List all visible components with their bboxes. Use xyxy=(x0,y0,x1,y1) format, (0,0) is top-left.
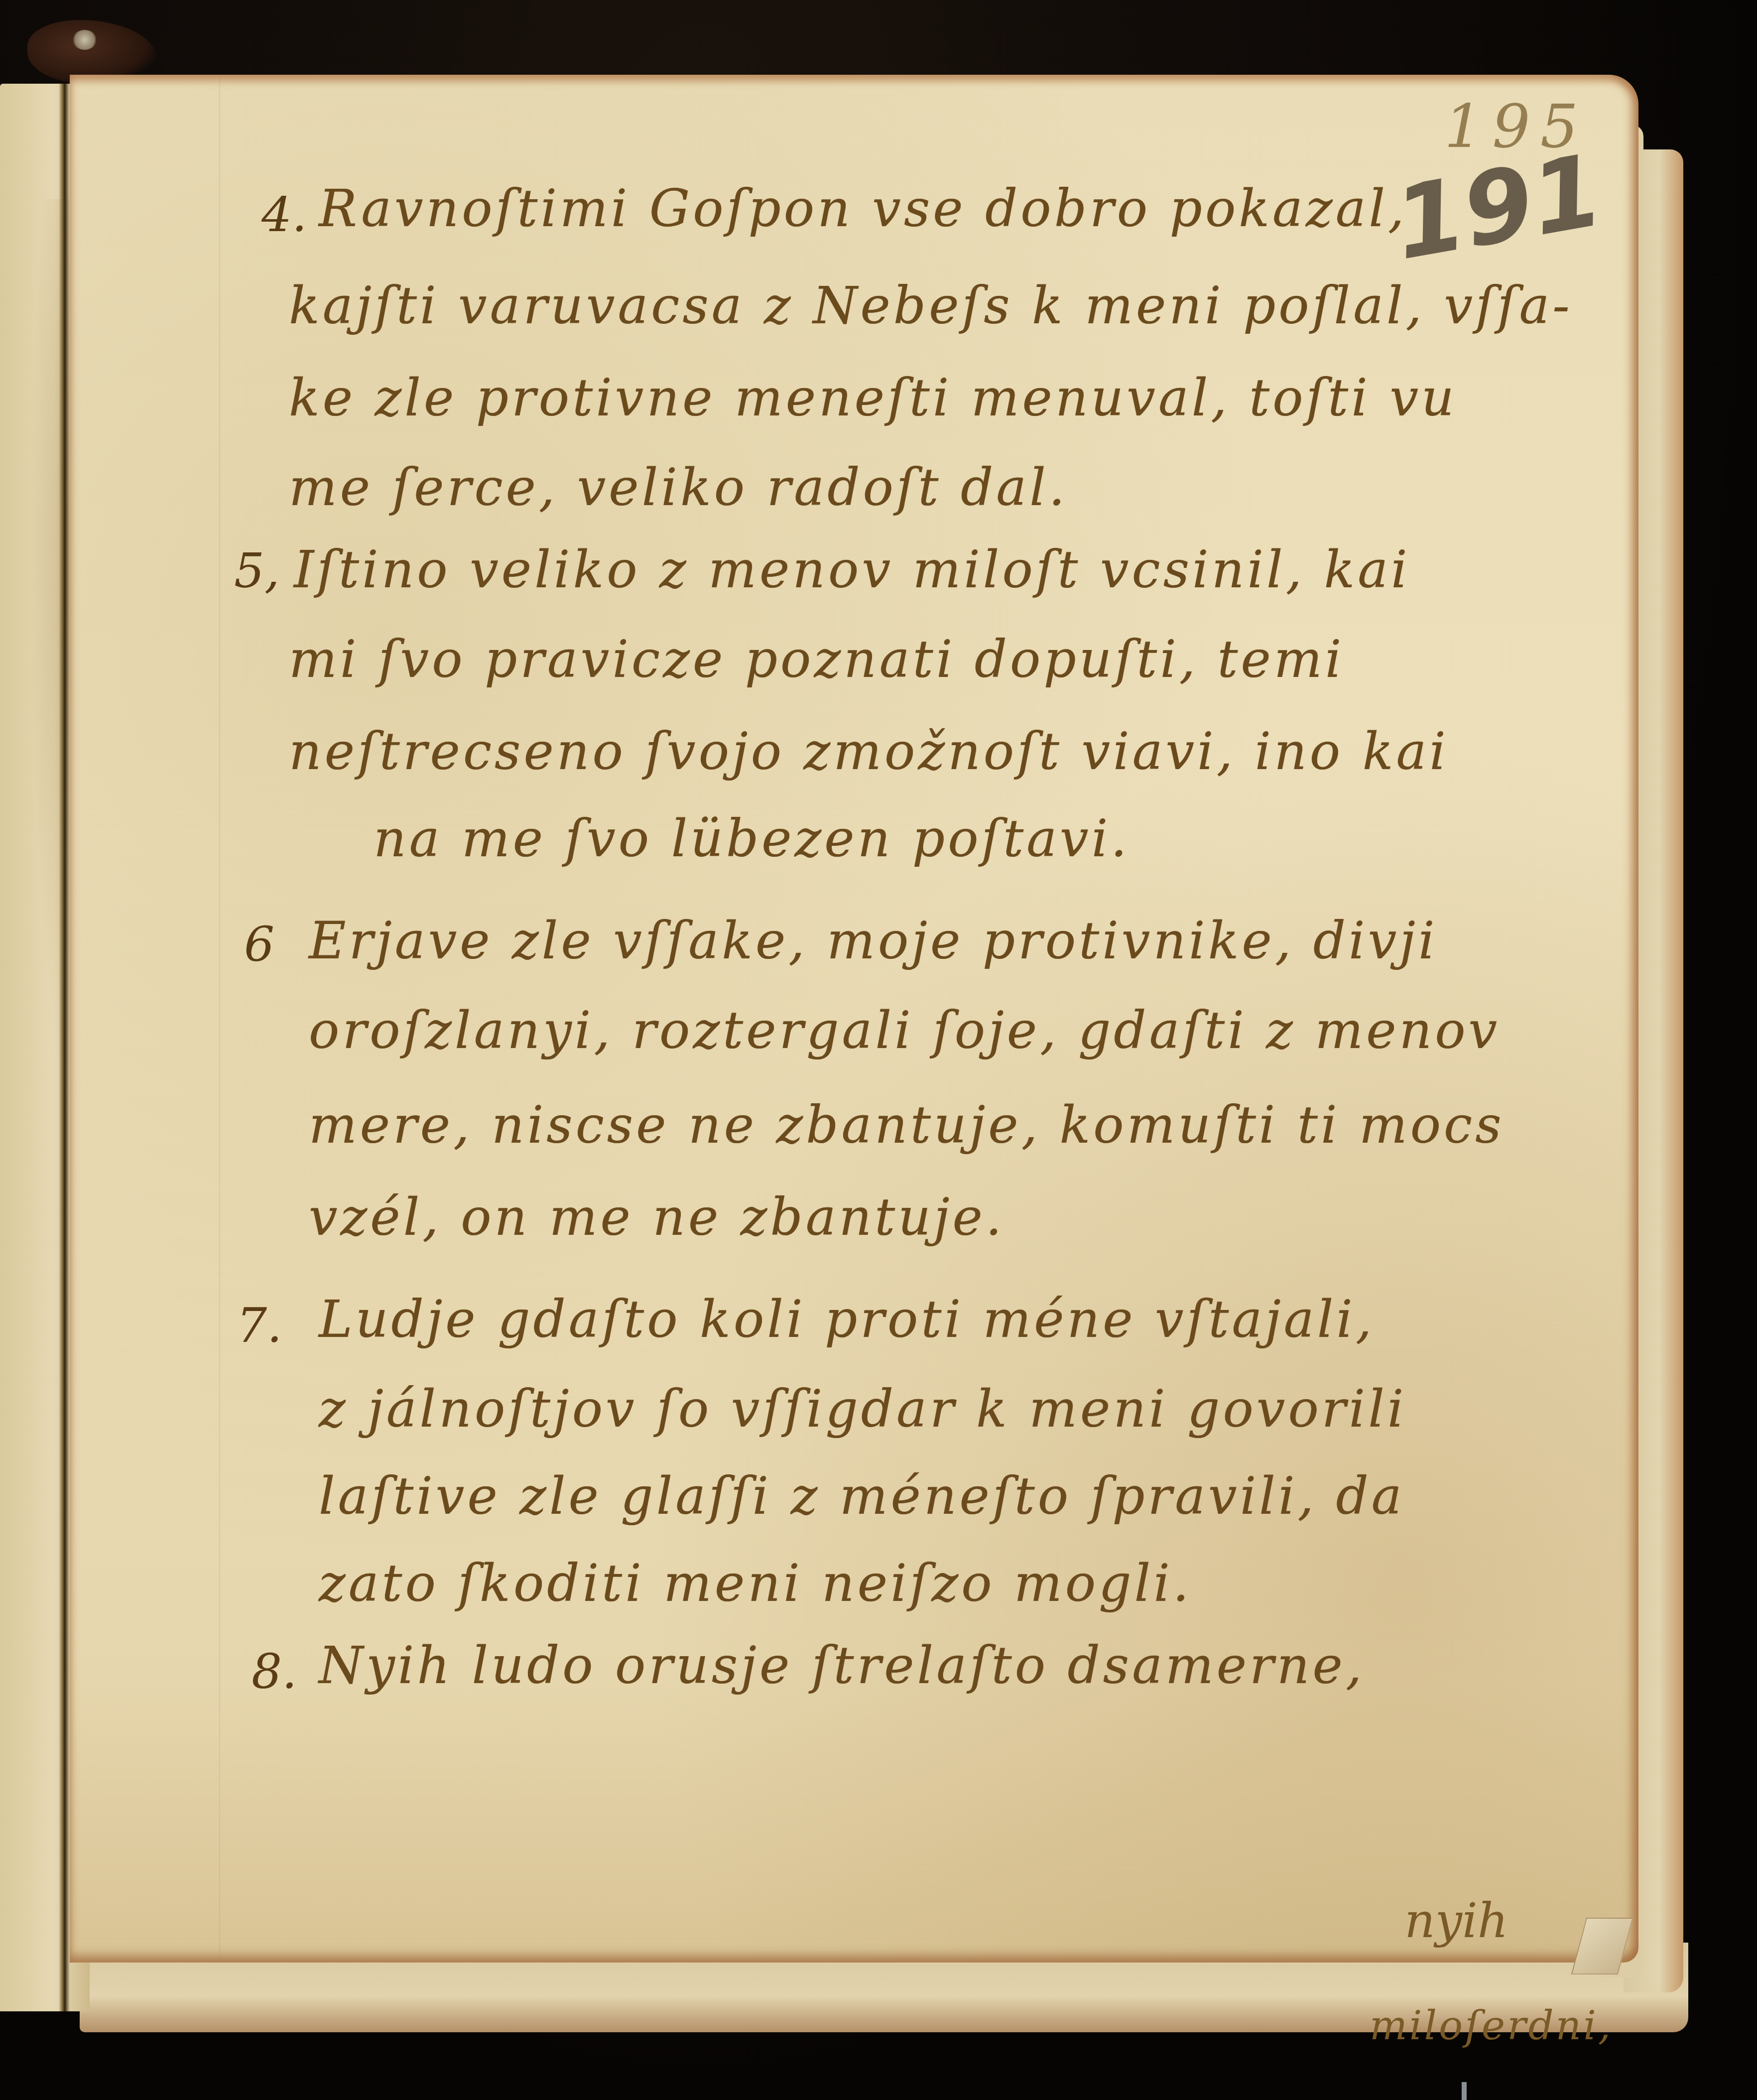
text-line: ke zle protivne meneſti menuval, toſti v… xyxy=(289,369,1457,428)
catchword: nyih xyxy=(1404,1893,1508,1949)
verse-number: 5, xyxy=(234,543,280,599)
text-line: na me ſvo lübezen poſtavi. xyxy=(374,809,1130,869)
text-line: laſtive zle glaſſi z méneſto ſpravili, d… xyxy=(319,1467,1405,1526)
verse-number: 6 xyxy=(244,917,274,972)
verse-number: 4. xyxy=(261,187,307,243)
text-line: kajſti varuvacsa z Nebeſs k meni poſlal,… xyxy=(289,276,1573,336)
text-line: Erjave zle vſſake, moje protivnike, divj… xyxy=(309,912,1438,971)
text-line: mere, niscse ne zbantuje, komuſti ti moc… xyxy=(309,1096,1505,1155)
support-pin xyxy=(1462,2082,1467,2100)
text-line: neſtrecseno ſvojo zmožnoſt viavi, ino ka… xyxy=(289,722,1449,782)
underlying-page-text: miloſerdni, xyxy=(1370,2002,1613,2049)
text-line: oroſzlanyi, roztergali ſoje, gdaſti z me… xyxy=(309,1001,1500,1060)
verse-number: 8. xyxy=(251,1644,297,1700)
text-line: z jálnoſtjov ſo vſſigdar k meni govorili xyxy=(319,1380,1406,1439)
text-line: Iſtino veliko z menov miloſt vcsinil, ka… xyxy=(294,540,1410,600)
text-line: zato ſkoditi meni neiſzo mogli. xyxy=(319,1554,1192,1613)
text-line: me ſerce, veliko radoſt dal. xyxy=(289,458,1068,518)
margin-ruling xyxy=(219,75,220,1963)
text-line: Ludje gdaſto koli proti méne vſtajali, xyxy=(319,1290,1375,1349)
text-line: mi ſvo pravicze poznati dopuſti, temi xyxy=(289,630,1344,689)
text-line: vzél, on me ne zbantuje. xyxy=(309,1188,1004,1247)
book-gutter xyxy=(59,84,70,2011)
text-line: Ravnoſtimi Goſpon vse dobro pokazal, xyxy=(319,179,1407,239)
text-line: Nyih ludo orusje ſtrelaſto dsamerne, xyxy=(319,1636,1365,1696)
verse-number: 7. xyxy=(237,1298,282,1353)
